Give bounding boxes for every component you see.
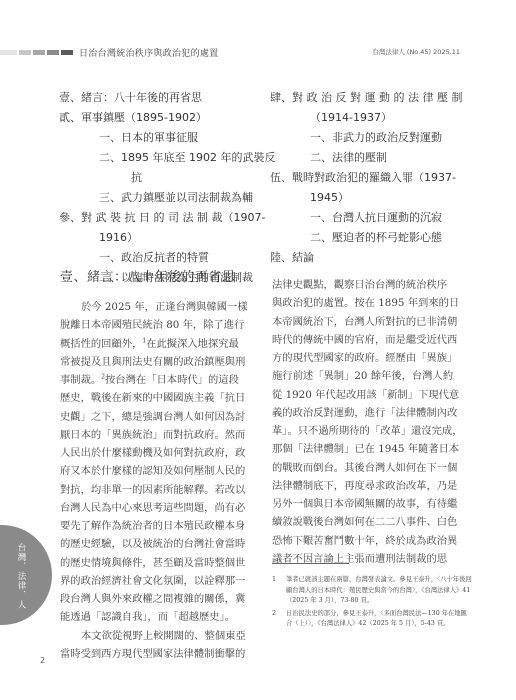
body-line: 的戰敗而倒台。其後台灣人如何在下一個	[272, 459, 462, 477]
toc-item: 二、1895 年底至 1902 年的武裝反	[59, 148, 259, 168]
body-line: 人民出於什麼樣動機及如何對抗政府，政	[60, 444, 248, 462]
body-line: 法律體制底下，再度尋求政治改革，乃是	[272, 477, 462, 495]
body-line: 方的現代型國家的政府。經歷由「異族」	[272, 349, 462, 367]
body-line: 常被提及且與刑法史有關的政治鎮壓與刑	[60, 353, 248, 371]
toc-item: 參、對 武 裝 抗 日 的 司 法 制 裁（1907-	[59, 208, 259, 228]
toc-item: 肆、對 政 治 反 對 運 動 的 法 律 壓 制	[270, 88, 470, 108]
footnote-number: 2	[272, 609, 286, 630]
footnote: 2 日治民法史的部分，參見王泰升，〈多面台灣民法—130 年在地匯合（上）〉，《…	[272, 609, 472, 630]
body-line: 續敘說戰後台灣如何在二二八事件、白色	[272, 513, 462, 531]
header-bar	[19, 50, 31, 55]
body-line: 的歷史情境與條件，甚至顧及當時整個世	[60, 554, 248, 572]
toc-right-column: 肆、對 政 治 反 對 運 動 的 法 律 壓 制 （1914-1937） 一、…	[270, 88, 470, 268]
toc-item: （1914-1937）	[270, 108, 470, 128]
toc-item: 一、日本的軍事征服	[59, 128, 259, 148]
body-line: 本帝國統治下，台灣人所對抗的已非清朝	[272, 313, 462, 331]
toc-item: 二、壓迫者的杯弓蛇影心態	[270, 228, 470, 248]
body-line: 時代的傳統中國的官府，而是繼受近代西	[272, 331, 462, 349]
body-line: 歷史，戰後在新來的中國國族主義「抗日	[60, 389, 248, 407]
toc-item: 二、法律的壓制	[270, 148, 470, 168]
body-line: 法律史觀點，觀察日治台灣的統治秩序	[272, 276, 462, 294]
header-bar	[61, 50, 73, 55]
body-line: 的歷史經驗，以及被統治的台灣社會當時	[60, 535, 248, 553]
body-line: 概括性的回顧外，1在此擬深入地探究最	[60, 335, 248, 353]
footnote-divider	[272, 563, 349, 564]
body-line: 對抗，均非單一的因素所能解釋。若改以	[60, 481, 248, 499]
header-bar	[0, 50, 17, 55]
toc-item: 一、台灣人抗日運動的沉寂	[270, 208, 470, 228]
body-line: 另外一個與日本帝國無關的故事，有待繼	[272, 495, 462, 513]
body-text: 按台灣在「日本時代」的這段	[105, 374, 239, 386]
body-right-column: 法律史觀點，觀察日治台灣的統治秩序 與政治犯的處置。按在 1895 年到來的日 …	[272, 276, 462, 568]
body-line: 與政治犯的處置。按在 1895 年到來的日	[272, 294, 462, 312]
journal-issue: 台灣法律人 (No.45) 2025.11	[372, 47, 460, 56]
footnote-number: 1	[272, 575, 286, 607]
body-left-column: 於今 2025 年，正逢台灣與韓國一樣 脫離日本帝國殖民統治 80 年，除了進行…	[60, 298, 248, 663]
header-decorative-bars	[0, 50, 73, 55]
body-line: 能透過「認識自我」，而「超越歷史」。	[60, 608, 248, 626]
section-heading: 壹、緒言：八十年後的再省思	[60, 266, 236, 285]
footnote: 1 筆者已就該主題在兩篇，台灣發表論文。參見王泰升，〈八十年後回顧台灣人的日本時…	[272, 575, 472, 607]
toc-item: 貳、軍事鎮壓（1895-1902）	[59, 108, 259, 128]
footnote-text: 筆者已就該主題在兩篇，台灣發表論文。參見王泰升，〈八十年後回顧台灣人的日本時代：…	[286, 575, 472, 607]
body-line: 厭日本的「異族統治」而對抗政府。然而	[60, 426, 248, 444]
body-line: 從 1920 年代起改用該「新制」下現代意	[272, 386, 462, 404]
toc-item: 1916）	[59, 228, 259, 248]
toc-item: 壹、緒言：八十年後的再省思	[59, 88, 259, 108]
body-text: 在此擬深入地探究最	[146, 338, 239, 350]
toc-item: 抗	[59, 168, 259, 188]
body-line: 府又本於什麼樣的認知及如何壓制人民的	[60, 462, 248, 480]
header-bar	[47, 50, 59, 55]
body-line: 本文欲從視野上較開闊的、整個東亞	[60, 627, 248, 645]
body-line: 恐怖下艱苦奮鬥數十年，終於成為政治異	[272, 532, 462, 550]
footnotes: 1 筆者已就該主題在兩篇，台灣發表論文。參見王泰升，〈八十年後回顧台灣人的日本時…	[272, 575, 472, 632]
header-bar	[33, 50, 45, 55]
toc-item: 伍、戰時對政治犯的羅織入罪（1937-	[270, 168, 470, 188]
body-line: 界的政治經濟社會文化氛圍，以詮釋那一	[60, 572, 248, 590]
body-line: 那個「法律體制」已在 1945 年隨著日本	[272, 440, 462, 458]
page-header: 日治台灣統治秩序與政治犯的處置 台灣法律人 (No.45) 2025.11	[0, 46, 516, 60]
body-line: 台灣人民為中心來思考這些問題，尚有必	[60, 499, 248, 517]
body-line: 議者不因言論上主張而遭刑法制裁的思	[272, 550, 462, 568]
body-line: 於今 2025 年，正逢台灣與韓國一樣	[60, 298, 248, 316]
toc-item: 1945）	[270, 188, 470, 208]
body-line: 義的政治反對運動，進行「法律體制內改	[272, 404, 462, 422]
body-line: 脫離日本帝國殖民統治 80 年，除了進行	[60, 316, 248, 334]
toc-left-column: 壹、緒言：八十年後的再省思 貳、軍事鎮壓（1895-1902） 一、日本的軍事征…	[59, 88, 259, 288]
footnote-text: 日治民法史的部分，參見王泰升，〈多面台灣民法—130 年在地匯合（上）〉，《台灣…	[286, 609, 472, 630]
body-line: 革」。只不過所期待的「改革」還沒完成，	[272, 422, 462, 440]
body-line: 要先了解作為統治者的日本殖民政權本身	[60, 517, 248, 535]
body-line: 施行前述「異制」20 餘年後，台灣人約	[272, 367, 462, 385]
toc-item: 陸、結論	[270, 248, 470, 268]
toc-item: 一、政治反抗者的特質	[59, 248, 259, 268]
body-line: 事制裁。2按台灣在「日本時代」的這段	[60, 371, 248, 389]
body-text: 事制裁。	[60, 374, 101, 386]
page-number: 2	[40, 656, 45, 665]
side-tab	[0, 525, 52, 625]
side-tab-label: 台灣．法律．人	[14, 543, 26, 610]
toc-item: 三、武力鎮壓並以司法制裁為輔	[59, 188, 259, 208]
running-title: 日治台灣統治秩序與政治犯的處置	[79, 46, 219, 59]
toc-item: 一、非武力的政治反對運動	[270, 128, 470, 148]
body-line: 當時受到西方現代型國家法律體制衝擊的	[60, 645, 248, 663]
body-line: 段台灣人與外來政權之間複雜的關係，冀	[60, 590, 248, 608]
body-text: 概括性的回顧外，	[60, 338, 142, 350]
body-line: 史觀」之下，總是強調台灣人如何因為討	[60, 408, 248, 426]
